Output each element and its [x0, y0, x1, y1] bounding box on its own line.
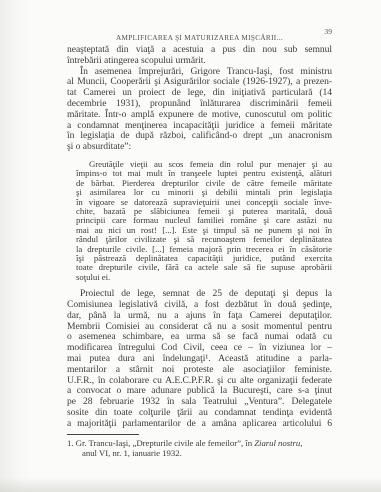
footnote: 1. Gr. Trancu-Iaşi, „Drepturile civile a…: [67, 434, 332, 458]
text-line: şi o absurditate”:: [67, 142, 332, 153]
text-line: mentarilor a stârnit noi proteste ale as…: [67, 365, 332, 376]
footnote-text: anul VI, nr. 1, ianuarie 1932.: [82, 448, 182, 458]
book-page: AMPLIFICAREA ŞI MATURIZAREA MIŞCĂRII... …: [0, 0, 381, 492]
footnote-text: 1. Gr. Trancu-Iaşi, „Drepturile civile a…: [67, 438, 254, 448]
text-line: toate drepturile civile, fără ca actele …: [76, 263, 332, 272]
page-header: AMPLIFICAREA ŞI MATURIZAREA MIŞCĂRII... …: [67, 27, 332, 37]
text-line: întrebării atingerea scopului urmărit.: [67, 56, 332, 67]
paragraph: Proiectul de lege, semnat de 25 de deput…: [67, 289, 332, 429]
text-line: soţului ei.: [76, 273, 332, 282]
running-head: AMPLIFICAREA ŞI MATURIZAREA MIŞCĂRII...: [116, 34, 283, 42]
paragraph: În asemenea împrejurări, Grigore Trancu-…: [67, 67, 332, 153]
paragraph: neaşteptată din viaţă a acestuia a pus d…: [67, 45, 332, 67]
footnote-italic-text: Ziarul nostru: [254, 438, 300, 448]
footnote-separator: [67, 434, 139, 435]
footnote-lines: 1. Gr. Trancu-Iaşi, „Drepturile civile a…: [67, 438, 332, 458]
text-line: a majorităţii parlamentarilor de a amâna…: [67, 419, 332, 430]
text-column: AMPLIFICAREA ŞI MATURIZAREA MIŞCĂRII... …: [67, 27, 332, 458]
page-number: 39: [324, 27, 332, 36]
text-blocks: neaşteptată din viaţă a acestuia a pus d…: [67, 45, 332, 430]
text-line: măritate. Într-o amplă expunere de motiv…: [67, 110, 332, 121]
blockquote: Greutăţile vieţii au scos femeia din rol…: [76, 160, 332, 282]
footnote-text: ,: [300, 438, 302, 448]
footnote-line: 1. Gr. Trancu-Iaşi, „Drepturile civile a…: [67, 438, 332, 448]
footnote-line: anul VI, nr. 1, ianuarie 1932.: [67, 448, 332, 458]
